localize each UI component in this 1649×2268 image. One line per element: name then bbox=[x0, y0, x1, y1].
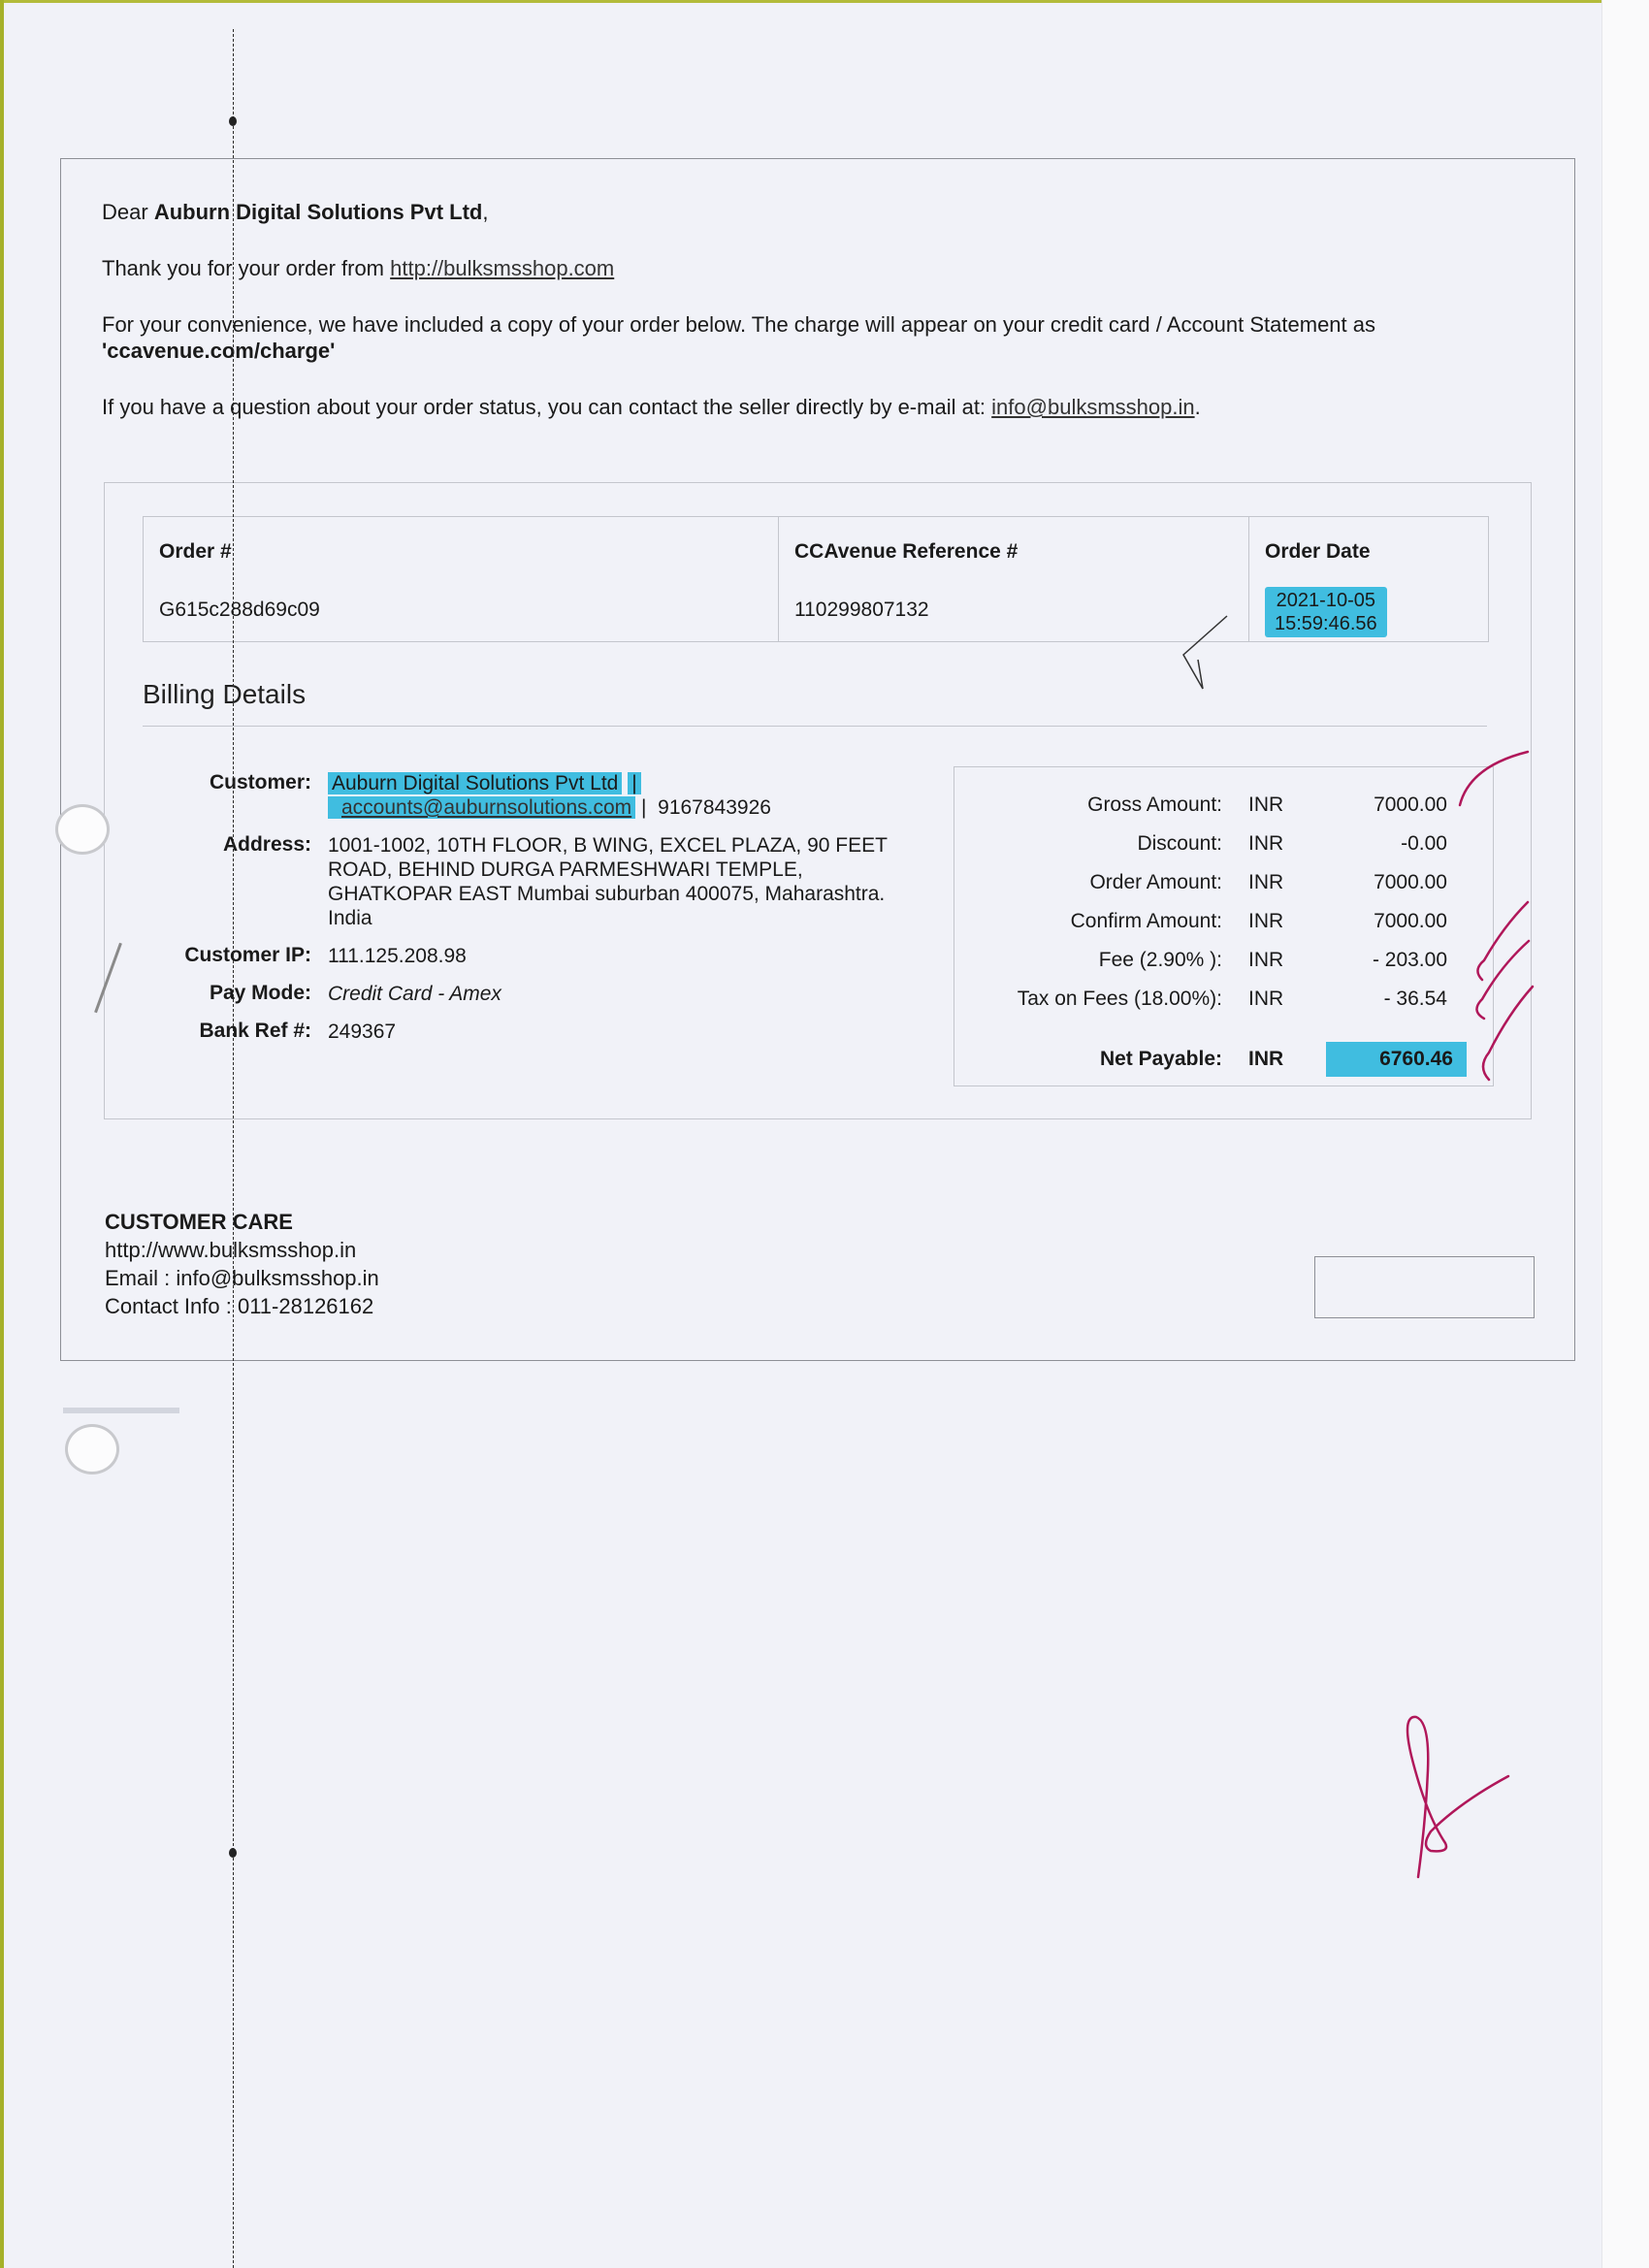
punch-hole-icon bbox=[55, 804, 110, 855]
summary-row: Confirm Amount:INR7000.00 bbox=[960, 902, 1467, 941]
bleed-through-text: ▬▬▬▬▬▬ bbox=[63, 1397, 179, 1419]
order-date-header: Order Date bbox=[1265, 540, 1472, 564]
fold-line bbox=[233, 29, 234, 2268]
bank-ref-row: Bank Ref #: 249367 bbox=[143, 1020, 919, 1044]
seller-email-link[interactable]: info@bulksmsshop.in bbox=[991, 395, 1194, 419]
net-payable-amount: 6760.46 bbox=[1326, 1042, 1467, 1077]
care-contact: Contact Info : 011-28126162 bbox=[105, 1292, 379, 1320]
summary-row: Tax on Fees (18.00%):INR- 36.54 bbox=[960, 980, 1467, 1019]
paper-edge-left bbox=[0, 0, 4, 2268]
customer-email-link[interactable]: accounts@auburnsolutions.com bbox=[341, 796, 631, 819]
order-id-value: G615c288d69c09 bbox=[159, 599, 762, 622]
stamp-box bbox=[1314, 1256, 1535, 1318]
order-id-header: Order # bbox=[159, 540, 762, 564]
address-row: Address: 1001-1002, 10TH FLOOR, B WING, … bbox=[143, 833, 919, 930]
thank-you-line: Thank you for your order from http://bul… bbox=[102, 255, 1537, 281]
care-email: Email : info@bulksmsshop.in bbox=[105, 1264, 379, 1292]
customer-phone: 9167843926 bbox=[658, 796, 771, 819]
letter-body: Dear Auburn Digital Solutions Pvt Ltd, T… bbox=[102, 199, 1537, 450]
customer-ip-row: Customer IP: 111.125.208.98 bbox=[143, 944, 919, 968]
billing-details-title: Billing Details bbox=[143, 679, 306, 710]
pay-mode-row: Pay Mode: Credit Card - Amex bbox=[143, 982, 919, 1006]
summary-row: Order Amount:INR7000.00 bbox=[960, 863, 1467, 902]
customer-name: Auburn Digital Solutions Pvt Ltd bbox=[154, 200, 483, 224]
paper-edge-top bbox=[0, 0, 1649, 3]
customer-care-title: CUSTOMER CARE bbox=[105, 1208, 379, 1236]
charge-label: 'ccavenue.com/charge' bbox=[102, 339, 335, 363]
shop-link[interactable]: http://bulksmsshop.com bbox=[390, 256, 614, 280]
billing-details: Customer: Auburn Digital Solutions Pvt L… bbox=[143, 771, 919, 1057]
customer-care: CUSTOMER CARE http://www.bulksmsshop.in … bbox=[105, 1208, 379, 1320]
reference-header: CCAvenue Reference # bbox=[794, 540, 1233, 564]
order-date-value: 2021-10-05 15:59:46.56 bbox=[1265, 587, 1387, 637]
punch-hole-icon bbox=[65, 1424, 119, 1474]
address-value: 1001-1002, 10TH FLOOR, B WING, EXCEL PLA… bbox=[328, 833, 910, 930]
net-payable-row: Net Payable: INR 6760.46 bbox=[960, 1040, 1467, 1079]
payment-summary: Gross Amount:INR7000.00Discount:INR-0.00… bbox=[960, 786, 1467, 1079]
customer-row: Customer: Auburn Digital Solutions Pvt L… bbox=[143, 771, 919, 820]
order-date-column: Order Date 2021-10-05 15:59:46.56 bbox=[1249, 517, 1488, 641]
pay-mode-value: Credit Card - Amex bbox=[328, 982, 501, 1006]
summary-row: Fee (2.90% ):INR- 203.00 bbox=[960, 941, 1467, 980]
customer-name-value: Auburn Digital Solutions Pvt Ltd bbox=[328, 772, 622, 794]
signature-icon bbox=[1407, 1717, 1508, 1877]
summary-row: Gross Amount:INR7000.00 bbox=[960, 786, 1467, 825]
question-line: If you have a question about your order … bbox=[102, 394, 1537, 420]
reference-column: CCAvenue Reference # 110299807132 bbox=[779, 517, 1249, 641]
paper-right-strip bbox=[1601, 0, 1649, 2268]
reference-value: 110299807132 bbox=[794, 599, 1233, 622]
summary-row: Discount:INR-0.00 bbox=[960, 825, 1467, 863]
bank-ref-value: 249367 bbox=[328, 1020, 396, 1044]
convenience-line: For your convenience, we have included a… bbox=[102, 311, 1537, 364]
care-website[interactable]: http://www.bulksmsshop.in bbox=[105, 1236, 379, 1264]
order-table: Order # G615c288d69c09 CCAvenue Referenc… bbox=[143, 516, 1489, 642]
order-id-column: Order # G615c288d69c09 bbox=[144, 517, 779, 641]
fold-mark bbox=[229, 116, 237, 126]
billing-divider bbox=[143, 726, 1487, 727]
fold-mark bbox=[229, 1848, 237, 1858]
greeting-line: Dear Auburn Digital Solutions Pvt Ltd, bbox=[102, 199, 1537, 225]
customer-ip-value: 111.125.208.98 bbox=[328, 944, 467, 968]
